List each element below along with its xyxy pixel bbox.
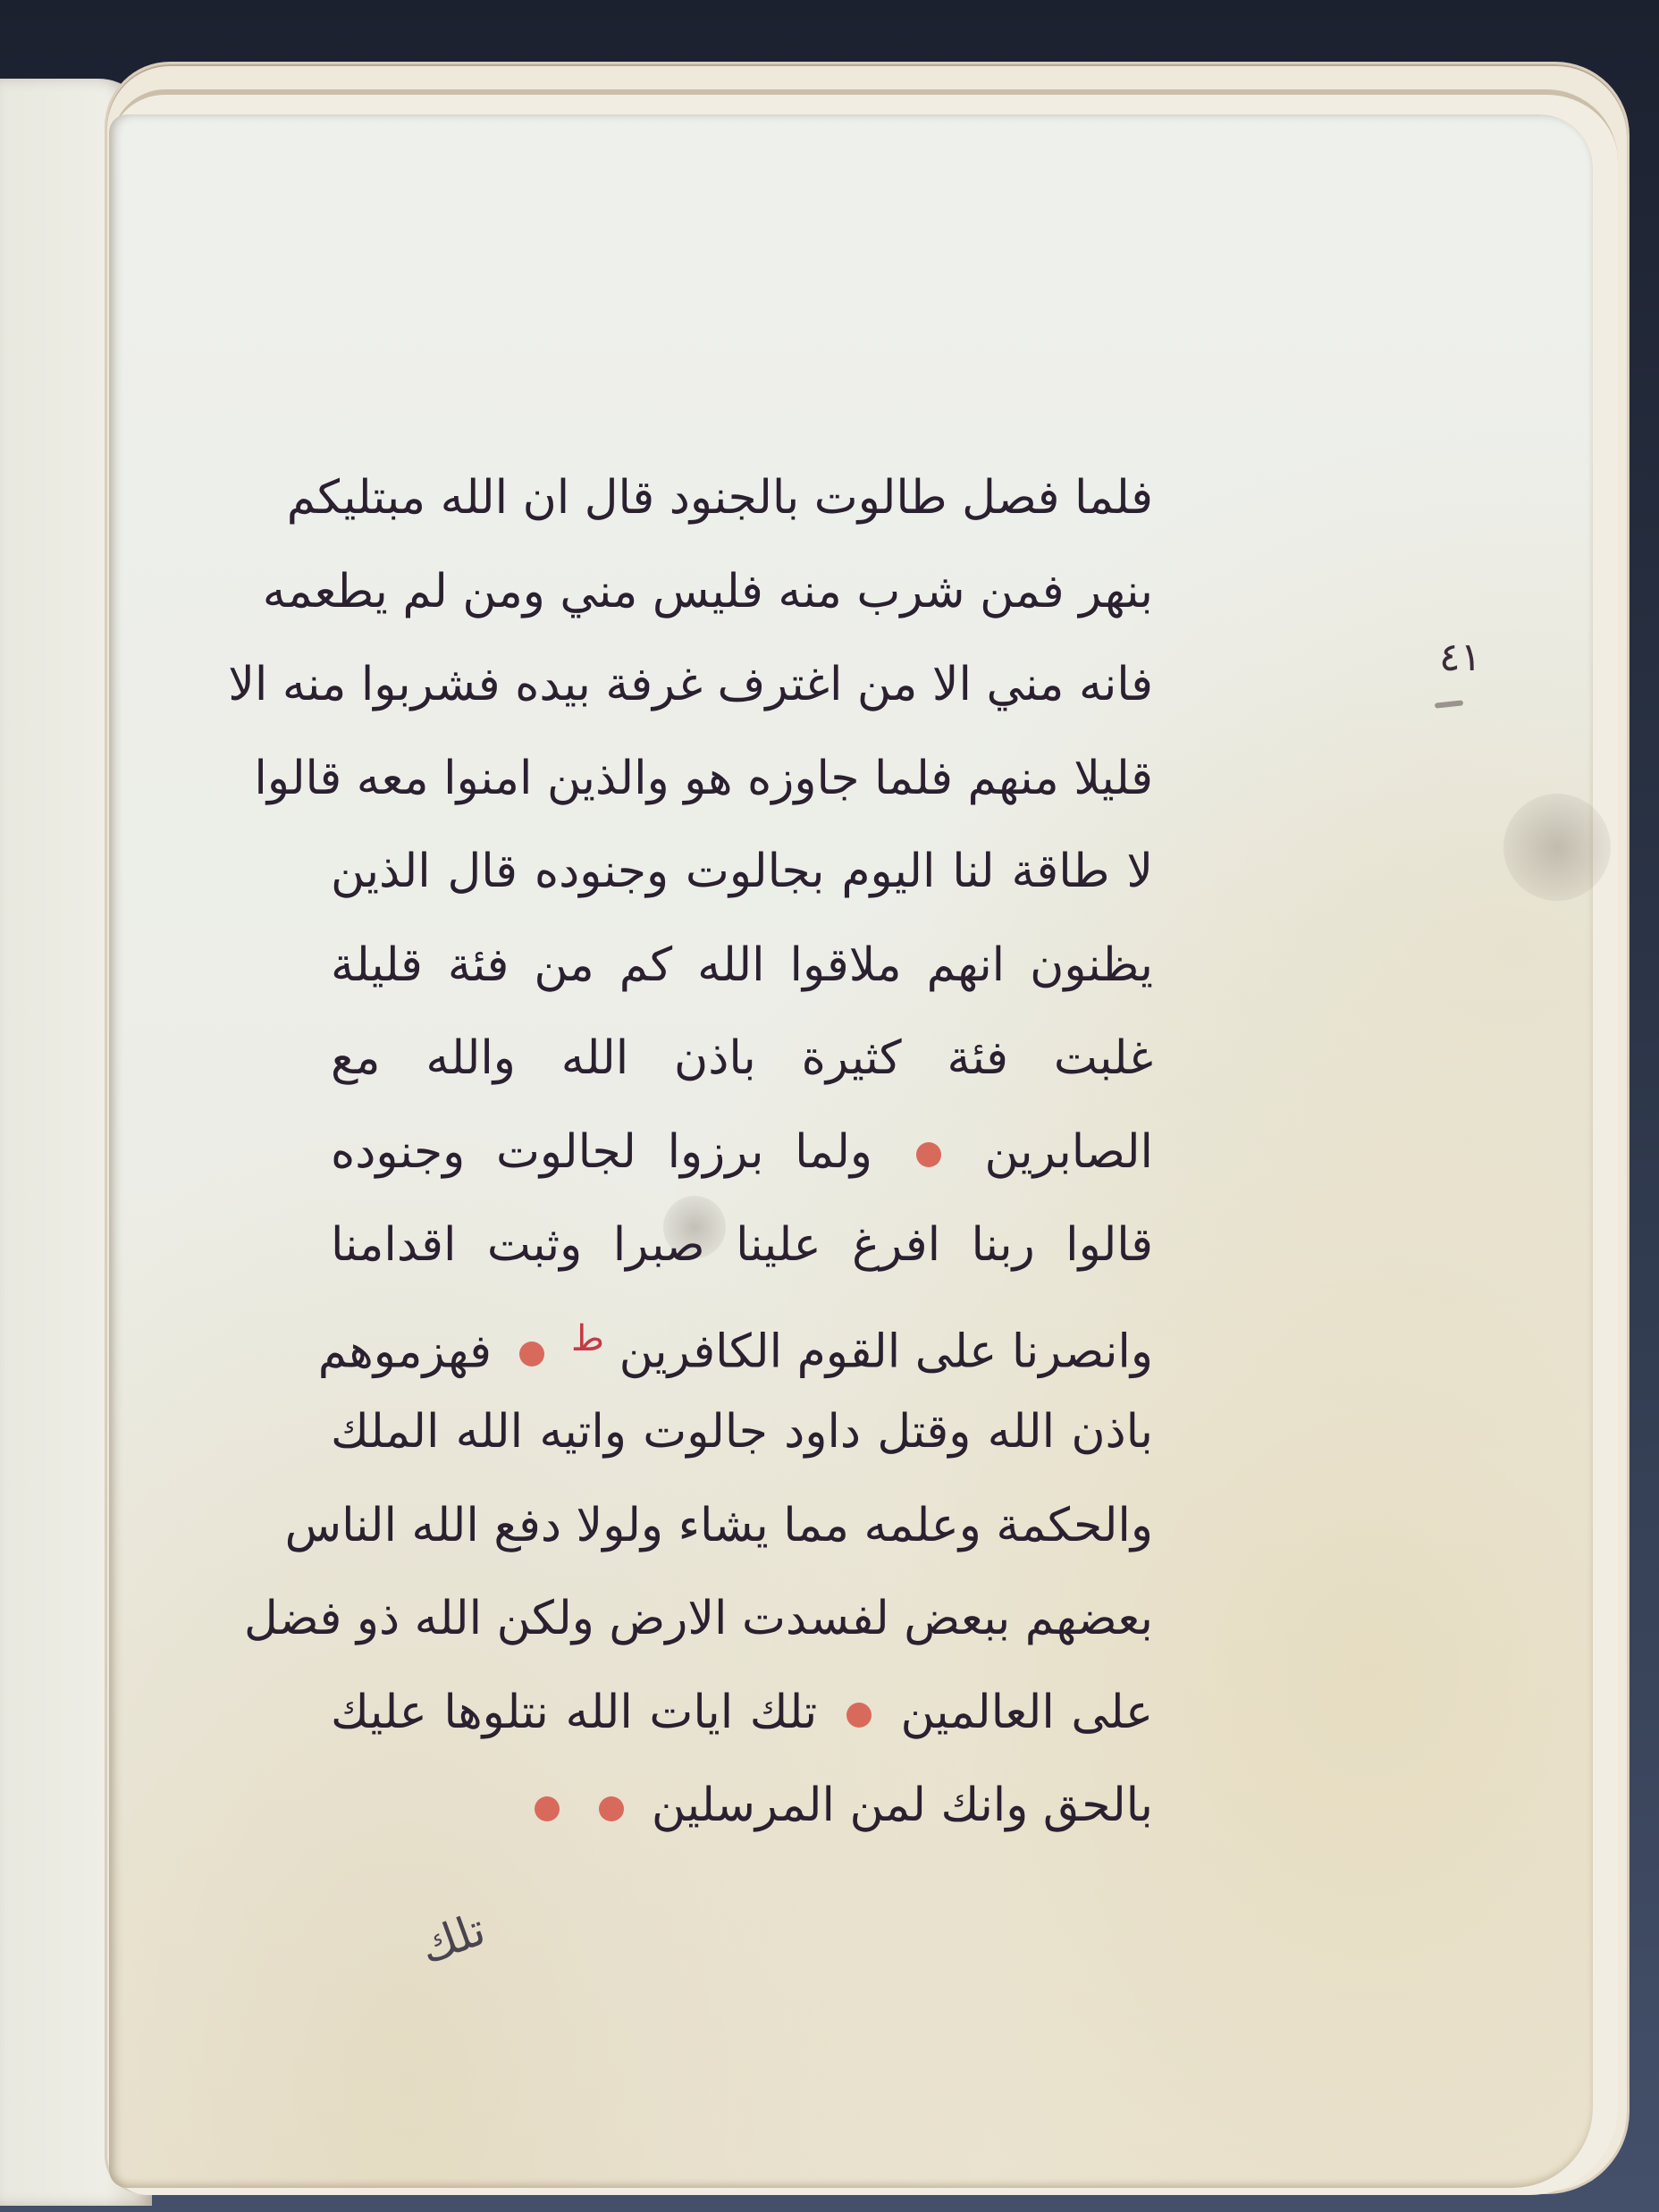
text-block: فلما فصل طالوت بالجنود قال ان الله مبتلي… bbox=[331, 451, 1153, 1853]
verse-end-dot bbox=[846, 1703, 872, 1728]
text-line: بالحق وانك لمن المرسلين bbox=[331, 1759, 1153, 1853]
line-text: قليلا منهم فلما جاوزه هو والذين امنوا مع… bbox=[254, 752, 1153, 805]
line-text: وانصرنا على القوم الكافرين bbox=[619, 1325, 1153, 1378]
text-line: بنهر فمن شرب منه فليس مني ومن لم يطعمه bbox=[331, 545, 1153, 639]
line-text: تلك ايات الله نتلوها عليك bbox=[331, 1686, 817, 1739]
line-text: والحكمة وعلمه مما يشاء ولولا دفع الله ال… bbox=[285, 1499, 1153, 1552]
line-text: فلما فصل طالوت بالجنود قال ان الله مبتلي… bbox=[287, 471, 1153, 525]
text-line: باذن الله وقتل داود جالوت واتيه الله الم… bbox=[331, 1385, 1153, 1479]
line-text: على العالمين bbox=[900, 1686, 1153, 1739]
line-text: الصابرين bbox=[985, 1125, 1153, 1179]
text-line: فانه مني الا من اغترف غرفة بيده فشربوا م… bbox=[331, 638, 1153, 732]
text-line: الصابرين ولما برزوا لجالوت وجنوده bbox=[331, 1106, 1153, 1199]
pause-mark-ta: ط bbox=[571, 1318, 604, 1359]
text-line: بعضهم ببعض لفسدت الارض ولكن الله ذو فضل bbox=[331, 1572, 1153, 1666]
line-text: بعضهم ببعض لفسدت الارض ولكن الله ذو فضل bbox=[244, 1592, 1153, 1645]
text-line: يظنون انهم ملاقوا الله كم من فئة قليلة bbox=[331, 919, 1153, 1013]
text-line: قالوا ربنا افرغ علينا صبرا وثبت اقدامنا bbox=[331, 1199, 1153, 1292]
verse-end-dot bbox=[535, 1796, 560, 1821]
line-text: ولما برزوا لجالوت وجنوده bbox=[331, 1125, 872, 1179]
text-line: وانصرنا على القوم الكافرين ط فهزموهم bbox=[331, 1292, 1153, 1386]
line-text: قالوا ربنا افرغ علينا صبرا وثبت اقدامنا bbox=[331, 1218, 1153, 1272]
verse-end-dot bbox=[519, 1341, 544, 1367]
text-line: غلبت فئة كثيرة باذن الله والله مع bbox=[331, 1012, 1153, 1106]
text-line: والحكمة وعلمه مما يشاء ولولا دفع الله ال… bbox=[331, 1479, 1153, 1573]
line-text: بنهر فمن شرب منه فليس مني ومن لم يطعمه bbox=[263, 565, 1153, 618]
text-line: لا طاقة لنا اليوم بجالوت وجنوده قال الذي… bbox=[331, 825, 1153, 919]
line-text: فانه مني الا من اغترف غرفة بيده فشربوا م… bbox=[228, 658, 1153, 711]
text-line: قليلا منهم فلما جاوزه هو والذين امنوا مع… bbox=[331, 732, 1153, 826]
verse-end-dot bbox=[916, 1142, 941, 1167]
text-line: على العالمين تلك ايات الله نتلوها عليك bbox=[331, 1666, 1153, 1760]
paper-stain bbox=[1503, 794, 1611, 901]
verse-end-dot bbox=[599, 1796, 624, 1821]
folio-number: ٤١ bbox=[1439, 635, 1481, 680]
line-text: باذن الله وقتل داود جالوت واتيه الله الم… bbox=[331, 1405, 1153, 1459]
line-text: يظنون انهم ملاقوا الله كم من فئة قليلة bbox=[331, 938, 1153, 992]
line-text: فهزموهم bbox=[318, 1325, 492, 1378]
line-text: لا طاقة لنا اليوم بجالوت وجنوده قال الذي… bbox=[331, 845, 1153, 898]
text-line: فلما فصل طالوت بالجنود قال ان الله مبتلي… bbox=[331, 451, 1153, 545]
line-text: بالحق وانك لمن المرسلين bbox=[652, 1779, 1153, 1832]
line-text: غلبت فئة كثيرة باذن الله والله مع bbox=[331, 1031, 1153, 1085]
